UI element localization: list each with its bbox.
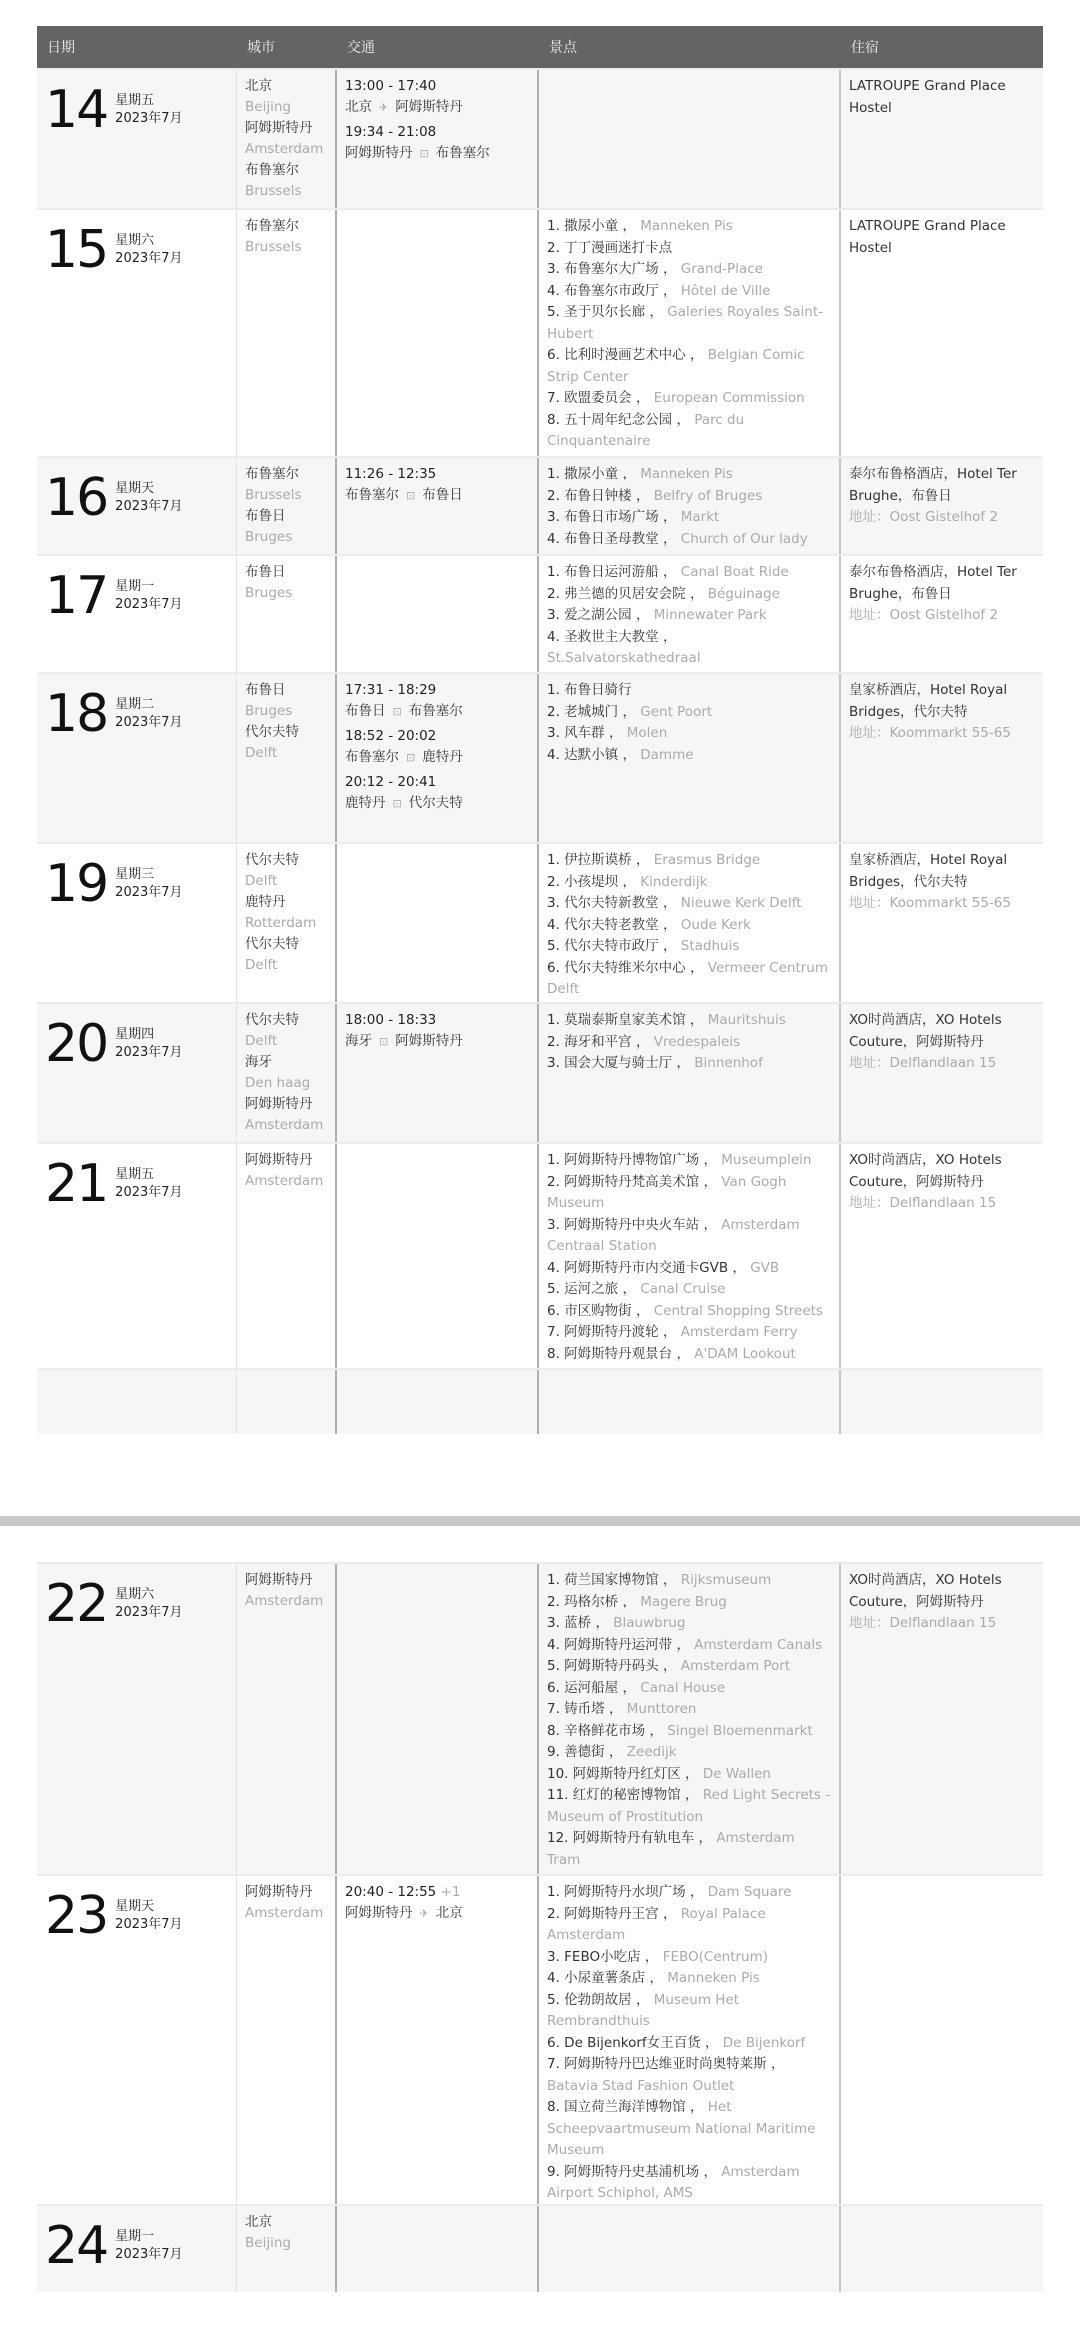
- sight-item: 5. 圣于贝尔长廊 ， Galeries Royales Saint-Huber…: [547, 302, 831, 345]
- sight-item: 4. 布鲁日圣母教堂 ， Church of Our lady: [547, 529, 831, 551]
- sight-item: 3. 阿姆斯特丹中央火车站 ， Amsterdam Centraal Stati…: [547, 1215, 831, 1258]
- sight-name-zh: 1. 莫瑞泰斯皇家美术馆 ，: [547, 1012, 703, 1028]
- month: 2023年7月: [115, 1044, 182, 1062]
- sight-name-zh: 4. 布鲁塞尔市政厅 ，: [547, 283, 676, 299]
- sight-item: 6. 比利时漫画艺术中心 ， Belgian Comic Strip Cente…: [547, 345, 831, 388]
- day-meta: 星期六2023年7月: [115, 232, 182, 268]
- train-icon: ⊡: [420, 147, 429, 160]
- hotel-cell: LATROUPE Grand Place Hostel: [841, 70, 1043, 208]
- route-from: 阿姆斯特丹: [345, 145, 413, 161]
- date-cell: 22星期六2023年7月: [37, 1564, 237, 1874]
- time-range: 18:52 - 20:02: [345, 728, 436, 744]
- sight-name-zh: 1. 布鲁日骑行: [547, 682, 632, 698]
- sight-name-zh: 5. 运河之旅 ，: [547, 1281, 636, 1297]
- city-cell: 代尔夫特Delft鹿特丹Rotterdam代尔夫特Delft: [237, 844, 337, 1002]
- sight-item: 4. 圣救世主大教堂 ， St.Salvatorskathedraal: [547, 627, 831, 670]
- sight-item: 2. 丁丁漫画迷打卡点: [547, 238, 831, 260]
- sight-name-zh: 1. 伊拉斯谟桥 ，: [547, 852, 649, 868]
- sight-name-zh: 7. 阿姆斯特丹巴达维亚时尚奥特莱斯 ，: [547, 2056, 784, 2072]
- date-block: 16星期天2023年7月: [45, 472, 228, 524]
- day-row: 18星期二2023年7月布鲁日Bruges代尔夫特Delft17:31 - 18…: [37, 672, 1043, 842]
- day-number: 16: [45, 472, 107, 524]
- sight-item: 7. 阿姆斯特丹巴达维亚时尚奥特莱斯 ， Batavia Stad Fashio…: [547, 2054, 831, 2097]
- city-name-zh: 阿姆斯特丹: [245, 1882, 327, 1903]
- date-cell: 21星期五2023年7月: [37, 1144, 237, 1368]
- sight-name-zh: 2. 布鲁日钟楼 ，: [547, 488, 649, 504]
- city-cell: 阿姆斯特丹Amsterdam: [237, 1144, 337, 1368]
- weekday: 星期四: [115, 1026, 182, 1044]
- sight-name-en: Binnenhof: [694, 1055, 763, 1071]
- sight-name-en: Oude Kerk: [681, 917, 751, 933]
- day-meta: 星期五2023年7月: [115, 1166, 182, 1202]
- sight-name-zh: 7. 欧盟委员会 ，: [547, 390, 649, 406]
- sights-cell: 1. 阿姆斯特丹博物馆广场 ， Museumplein2. 阿姆斯特丹梵高美术馆…: [539, 1144, 841, 1368]
- time-range: 17:31 - 18:29: [345, 682, 436, 698]
- date-cell: 19星期三2023年7月: [37, 844, 237, 1002]
- time-range: 19:34 - 21:08: [345, 124, 436, 140]
- day-number: 18: [45, 688, 107, 740]
- sight-item: 5. 代尔夫特市政厅 ， Stadhuis: [547, 936, 831, 958]
- sight-name-en: Mauritshuis: [708, 1012, 786, 1028]
- day-meta: 星期五2023年7月: [115, 92, 182, 128]
- sight-name-zh: 12. 阿姆斯特丹有轨电车 ，: [547, 1830, 712, 1846]
- city-cell: 北京Beijing: [237, 2206, 337, 2292]
- sight-item: 8. 辛格鲜花市场 ， Singel Bloemenmarkt: [547, 1721, 831, 1743]
- hotel-name: 泰尔布鲁格酒店，Hotel Ter Brughe，布鲁日: [849, 464, 1035, 507]
- sight-name-en: Blauwbrug: [613, 1615, 685, 1631]
- sight-name-zh: 4. 阿姆斯特丹市内交通卡GVB ，: [547, 1260, 746, 1276]
- date-cell: 24星期一2023年7月: [37, 2206, 237, 2292]
- day-row: 15星期六2023年7月布鲁塞尔Brussels1. 撒尿小童 ， Mannek…: [37, 208, 1043, 456]
- date-block: 18星期二2023年7月: [45, 688, 228, 740]
- sight-name-zh: 3. 布鲁塞尔大广场 ，: [547, 261, 676, 277]
- plane-icon: ✈: [379, 101, 388, 114]
- sight-name-en: Amsterdam Port: [681, 1658, 790, 1674]
- city-name-en: Amsterdam: [245, 1591, 327, 1612]
- date-cell: 17星期一2023年7月: [37, 556, 237, 672]
- day-meta: 星期一2023年7月: [115, 2228, 182, 2264]
- date-block: 17星期一2023年7月: [45, 570, 228, 622]
- sight-name-zh: 5. 代尔夫特市政厅 ，: [547, 938, 676, 954]
- hotel-cell: XO时尚酒店，XO Hotels Couture，阿姆斯特丹地址：Delflan…: [841, 1004, 1043, 1142]
- sight-name-zh: 1. 阿姆斯特丹水坝广场 ，: [547, 1884, 703, 1900]
- hotel-address: 地址：Delflandlaan 15: [849, 1193, 1035, 1215]
- date-block: 23星期天2023年7月: [45, 1890, 228, 1942]
- date-block: 24星期一2023年7月: [45, 2220, 228, 2272]
- sight-item: 11. 红灯的秘密博物馆 ， Red Light Secrets - Museu…: [547, 1785, 831, 1828]
- city-name-en: Bruges: [245, 701, 327, 722]
- city-name-zh: 鹿特丹: [245, 892, 327, 913]
- sight-name-en: St.Salvatorskathedraal: [547, 650, 701, 666]
- city-name-en: Amsterdam: [245, 1115, 327, 1136]
- hotel-address: 地址：Oost Gistelhof 2: [849, 507, 1035, 529]
- day-meta: 星期六2023年7月: [115, 1586, 182, 1622]
- sight-name-en: Molen: [627, 725, 668, 741]
- train-icon: ⊡: [393, 705, 402, 718]
- sight-name-zh: 3. 阿姆斯特丹中央火车站 ，: [547, 1217, 717, 1233]
- date-cell: 14星期五2023年7月: [37, 70, 237, 208]
- sight-name-zh: 3. 国会大厦与骑士厅 ，: [547, 1055, 690, 1071]
- hotel-cell: 泰尔布鲁格酒店，Hotel Ter Brughe，布鲁日地址：Oost Gist…: [841, 458, 1043, 554]
- sight-item: 7. 欧盟委员会 ， European Commission: [547, 388, 831, 410]
- hotel-address: 地址：Koommarkt 55-65: [849, 893, 1035, 915]
- month: 2023年7月: [115, 498, 182, 516]
- sight-name-en: Amsterdam Ferry: [681, 1324, 798, 1340]
- hotel-name: 皇家桥酒店，Hotel Royal Bridges，代尔夫特: [849, 680, 1035, 723]
- header-transport: 交通: [337, 26, 539, 68]
- weekday: 星期三: [115, 866, 182, 884]
- day-number: 17: [45, 570, 107, 622]
- date-block: 20星期四2023年7月: [45, 1018, 228, 1070]
- plane-icon: ✈: [420, 1907, 429, 1920]
- sights-cell: 1. 布鲁日骑行2. 老城城门 ， Gent Poort3. 风车群 ， Mol…: [539, 674, 841, 842]
- transport-cell: [337, 1564, 539, 1874]
- city-name-en: Rotterdam: [245, 913, 327, 934]
- transport-cell: 20:40 - 12:55 +1阿姆斯特丹✈北京: [337, 1876, 539, 2204]
- header-sights: 景点: [539, 26, 841, 68]
- day-row: 23星期天2023年7月阿姆斯特丹Amsterdam20:40 - 12:55 …: [37, 1874, 1043, 2204]
- sight-name-zh: 5. 伦勃朗故居 ，: [547, 1992, 649, 2008]
- route-to: 布鲁塞尔: [436, 145, 490, 161]
- city-name-zh: 代尔夫特: [245, 934, 327, 955]
- sight-name-en: FEBO(Centrum): [663, 1949, 768, 1965]
- sight-name-zh: 4. 代尔夫特老教堂 ，: [547, 917, 676, 933]
- date-cell: 16星期天2023年7月: [37, 458, 237, 554]
- sight-name-en: Béguinage: [708, 586, 780, 602]
- date-block: 15星期六2023年7月: [45, 224, 228, 276]
- city-name-en: Brussels: [245, 237, 327, 258]
- hotel-cell: 皇家桥酒店，Hotel Royal Bridges，代尔夫特地址：Koommar…: [841, 844, 1043, 1002]
- table-header: 日期 城市 交通 景点 住宿: [37, 26, 1043, 68]
- sight-name-zh: 2. 小孩堤坝 ，: [547, 874, 636, 890]
- day-number: 21: [45, 1158, 107, 1210]
- hotel-address: 地址：Koommarkt 55-65: [849, 723, 1035, 745]
- route-from: 布鲁塞尔: [345, 487, 399, 503]
- sight-name-zh: 3. 代尔夫特新教堂 ，: [547, 895, 676, 911]
- sight-name-en: Batavia Stad Fashion Outlet: [547, 2078, 734, 2094]
- weekday: 星期五: [115, 92, 182, 110]
- sight-item: 1. 莫瑞泰斯皇家美术馆 ， Mauritshuis: [547, 1010, 831, 1032]
- sight-item: 6. 运河船屋 ， Canal House: [547, 1678, 831, 1700]
- route-from: 布鲁日: [345, 703, 386, 719]
- sight-name-en: Dam Square: [708, 1884, 792, 1900]
- sight-name-en: Hôtel de Ville: [681, 283, 771, 299]
- city-name-en: Delft: [245, 955, 327, 976]
- sight-name-zh: 2. 海牙和平宫 ，: [547, 1034, 649, 1050]
- weekday: 星期天: [115, 1898, 182, 1916]
- day-row: 20星期四2023年7月代尔夫特Delft海牙Den haag阿姆斯特丹Amst…: [37, 1002, 1043, 1142]
- sight-name-en: Amsterdam Canals: [694, 1637, 822, 1653]
- train-icon: ⊡: [406, 489, 415, 502]
- month: 2023年7月: [115, 110, 182, 128]
- city-cell: 布鲁塞尔Brussels: [237, 210, 337, 456]
- hotel-address: 地址：Delflandlaan 15: [849, 1613, 1035, 1635]
- city-name-en: Brussels: [245, 181, 327, 202]
- day-number: 20: [45, 1018, 107, 1070]
- sight-item: 6. De Bijenkorf女王百货 ， De Bijenkorf: [547, 2033, 831, 2055]
- sight-name-zh: 4. 圣救世主大教堂 ，: [547, 629, 676, 645]
- sight-name-zh: 1. 阿姆斯特丹博物馆广场 ，: [547, 1152, 717, 1168]
- city-name-zh: 布鲁塞尔: [245, 464, 327, 485]
- header-city: 城市: [237, 26, 337, 68]
- city-name-en: Beijing: [245, 2233, 327, 2254]
- date-block: 14星期五2023年7月: [45, 84, 228, 136]
- sight-name-zh: 3. FEBO小吃店 ，: [547, 1949, 658, 1965]
- sight-name-en: Singel Bloemenmarkt: [667, 1723, 812, 1739]
- weekday: 星期一: [115, 2228, 182, 2246]
- city-name-zh: 阿姆斯特丹: [245, 1150, 327, 1171]
- route-to: 代尔夫特: [409, 795, 463, 811]
- sight-item: 1. 布鲁日骑行: [547, 680, 831, 702]
- city-name-zh: 布鲁塞尔: [245, 216, 327, 237]
- day-number: 24: [45, 2220, 107, 2272]
- sight-name-zh: 8. 阿姆斯特丹观景台 ，: [547, 1346, 690, 1362]
- hotel-name: XO时尚酒店，XO Hotels Couture，阿姆斯特丹: [849, 1010, 1035, 1053]
- time-range: 18:00 - 18:33: [345, 1012, 436, 1028]
- sight-name-zh: 4. 达默小镇 ，: [547, 747, 636, 763]
- day-row: 21星期五2023年7月阿姆斯特丹Amsterdam1. 阿姆斯特丹博物馆广场 …: [37, 1142, 1043, 1368]
- transport-route: 北京✈阿姆斯特丹: [345, 97, 529, 118]
- sight-item: 10. 阿姆斯特丹红灯区 ， De Wallen: [547, 1764, 831, 1786]
- sight-name-en: Munttoren: [627, 1701, 697, 1717]
- day-meta: 星期三2023年7月: [115, 866, 182, 902]
- sight-item: 3. 代尔夫特新教堂 ， Nieuwe Kerk Delft: [547, 893, 831, 915]
- sight-name-en: Minnewater Park: [654, 607, 767, 623]
- weekday: 星期一: [115, 578, 182, 596]
- sight-item: 7. 阿姆斯特丹渡轮 ， Amsterdam Ferry: [547, 1322, 831, 1344]
- sight-item: 2. 弗兰德的贝居安会院 ， Béguinage: [547, 584, 831, 606]
- sight-item: 2. 老城城门 ， Gent Poort: [547, 702, 831, 724]
- city-cell: 北京Beijing阿姆斯特丹Amsterdam布鲁塞尔Brussels: [237, 70, 337, 208]
- sight-name-en: Manneken Pis: [667, 1970, 759, 1986]
- sight-item: 8. 阿姆斯特丹观景台 ， A'DAM Lookout: [547, 1344, 831, 1366]
- transport-cell: [337, 2206, 539, 2292]
- sight-item: 2. 小孩堤坝 ， Kinderdijk: [547, 872, 831, 894]
- sight-name-zh: 1. 荷兰国家博物馆 ，: [547, 1572, 676, 1588]
- sight-name-en: Markt: [681, 509, 720, 525]
- city-name-en: Brussels: [245, 485, 327, 506]
- city-name-zh: 海牙: [245, 1052, 327, 1073]
- page-divider: [0, 1516, 1080, 1526]
- next-day-badge: +1: [441, 1884, 461, 1900]
- sight-item: 1. 布鲁日运河游船 ， Canal Boat Ride: [547, 562, 831, 584]
- sight-name-zh: 6. De Bijenkorf女王百货 ，: [547, 2035, 718, 2051]
- city-cell: 阿姆斯特丹Amsterdam: [237, 1564, 337, 1874]
- city-name-en: Delft: [245, 743, 327, 764]
- hotel-name: LATROUPE Grand Place Hostel: [849, 216, 1035, 259]
- sight-name-zh: 8. 国立荷兰海洋博物馆 ，: [547, 2099, 703, 2115]
- sight-name-en: Museumplein: [721, 1152, 811, 1168]
- transport-cell: [337, 556, 539, 672]
- sight-item: 4. 代尔夫特老教堂 ， Oude Kerk: [547, 915, 831, 937]
- route-from: 阿姆斯特丹: [345, 1905, 413, 1921]
- transport-route: 布鲁塞尔⊡鹿特丹: [345, 747, 529, 768]
- sight-name-en: Vredespaleis: [654, 1034, 740, 1050]
- sight-name-en: Belfry of Bruges: [654, 488, 762, 504]
- day-row: 19星期三2023年7月代尔夫特Delft鹿特丹Rotterdam代尔夫特Del…: [37, 842, 1043, 1002]
- sight-name-zh: 1. 布鲁日运河游船 ，: [547, 564, 676, 580]
- sight-name-zh: 9. 阿姆斯特丹史基浦机场 ，: [547, 2164, 717, 2180]
- route-to: 阿姆斯特丹: [395, 99, 463, 115]
- sight-item: 4. 阿姆斯特丹市内交通卡GVB ， GVB: [547, 1258, 831, 1280]
- route-to: 布鲁日: [422, 487, 463, 503]
- city-cell: 阿姆斯特丹Amsterdam: [237, 1876, 337, 2204]
- sight-item: 5. 伦勃朗故居 ， Museum Het Rembrandthuis: [547, 1990, 831, 2033]
- route-from: 鹿特丹: [345, 795, 386, 811]
- day-row: 24星期一2023年7月北京Beijing: [37, 2204, 1043, 2292]
- sight-name-en: Canal Cruise: [640, 1281, 725, 1297]
- city-name-en: Amsterdam: [245, 1171, 327, 1192]
- month: 2023年7月: [115, 250, 182, 268]
- time-range: 11:26 - 12:35: [345, 466, 436, 482]
- sight-name-zh: 9. 善德街 ，: [547, 1744, 622, 1760]
- transport-cell: [337, 1144, 539, 1368]
- day-meta: 星期天2023年7月: [115, 480, 182, 516]
- transport-cell: 18:00 - 18:33海牙⊡阿姆斯特丹: [337, 1004, 539, 1142]
- day-meta: 星期二2023年7月: [115, 696, 182, 732]
- header-date: 日期: [37, 26, 237, 68]
- sight-name-en: European Commission: [654, 390, 805, 406]
- sight-name-zh: 6. 运河船屋 ，: [547, 1680, 636, 1696]
- hotel-name: XO时尚酒店，XO Hotels Couture，阿姆斯特丹: [849, 1570, 1035, 1613]
- weekday: 星期天: [115, 480, 182, 498]
- transport-route: 海牙⊡阿姆斯特丹: [345, 1031, 529, 1052]
- sight-item: 12. 阿姆斯特丹有轨电车 ， Amsterdam Tram: [547, 1828, 831, 1871]
- sight-item: 5. 运河之旅 ， Canal Cruise: [547, 1279, 831, 1301]
- route-from: 北京: [345, 99, 372, 115]
- sight-name-zh: 5. 阿姆斯特丹码头 ，: [547, 1658, 676, 1674]
- sight-item: 1. 阿姆斯特丹博物馆广场 ， Museumplein: [547, 1150, 831, 1172]
- sight-name-en: Church of Our lady: [681, 531, 808, 547]
- sight-name-en: Damme: [640, 747, 693, 763]
- route-to: 北京: [436, 1905, 463, 1921]
- sight-name-en: Erasmus Bridge: [654, 852, 760, 868]
- transport-time: 19:34 - 21:08: [345, 122, 529, 143]
- month: 2023年7月: [115, 596, 182, 614]
- city-name-en: Beijing: [245, 97, 327, 118]
- city-name-zh: 布鲁日: [245, 506, 327, 527]
- sights-cell: 1. 伊拉斯谟桥 ， Erasmus Bridge2. 小孩堤坝 ， Kinde…: [539, 844, 841, 1002]
- sight-item: 1. 撒尿小童 ， Manneken Pis: [547, 464, 831, 486]
- sight-item: 3. 风车群 ， Molen: [547, 723, 831, 745]
- transport-route: 阿姆斯特丹✈北京: [345, 1903, 529, 1924]
- transport-time: 20:40 - 12:55 +1: [345, 1882, 529, 1903]
- route-from: 布鲁塞尔: [345, 749, 399, 765]
- month: 2023年7月: [115, 2246, 182, 2264]
- sight-name-en: Canal House: [640, 1680, 725, 1696]
- city-name-zh: 阿姆斯特丹: [245, 1570, 327, 1591]
- sight-item: 4. 阿姆斯特丹运河带 ， Amsterdam Canals: [547, 1635, 831, 1657]
- sight-item: 5. 阿姆斯特丹码头 ， Amsterdam Port: [547, 1656, 831, 1678]
- sight-item: 4. 达默小镇 ， Damme: [547, 745, 831, 767]
- date-cell: 15星期六2023年7月: [37, 210, 237, 456]
- train-icon: ⊡: [379, 1035, 388, 1048]
- sight-name-zh: 7. 阿姆斯特丹渡轮 ，: [547, 1324, 676, 1340]
- sight-item: 9. 善德街 ， Zeedijk: [547, 1742, 831, 1764]
- sight-name-en: De Bijenkorf: [723, 2035, 806, 2051]
- sights-cell: [539, 70, 841, 208]
- hotel-cell: 泰尔布鲁格酒店，Hotel Ter Brughe，布鲁日地址：Oost Gist…: [841, 556, 1043, 672]
- hotel-address: 地址：Delflandlaan 15: [849, 1053, 1035, 1075]
- hotel-cell: [841, 1876, 1043, 2204]
- route-to: 阿姆斯特丹: [395, 1033, 463, 1049]
- sight-item: 2. 阿姆斯特丹王宫 ， Royal Palace Amsterdam: [547, 1904, 831, 1947]
- sight-name-en: Manneken Pis: [640, 218, 732, 234]
- sight-name-en: Kinderdijk: [640, 874, 707, 890]
- sight-name-zh: 7. 铸币塔 ，: [547, 1701, 622, 1717]
- hotel-name: XO时尚酒店，XO Hotels Couture，阿姆斯特丹: [849, 1150, 1035, 1193]
- transport-cell: 11:26 - 12:35布鲁塞尔⊡布鲁日: [337, 458, 539, 554]
- train-icon: ⊡: [393, 797, 402, 810]
- sight-item: 3. FEBO小吃店 ， FEBO(Centrum): [547, 1947, 831, 1969]
- transport-time: 13:00 - 17:40: [345, 76, 529, 97]
- hotel-cell: XO时尚酒店，XO Hotels Couture，阿姆斯特丹地址：Delflan…: [841, 1564, 1043, 1874]
- sight-item: 6. 市区购物街 ， Central Shopping Streets: [547, 1301, 831, 1323]
- day-meta: 星期四2023年7月: [115, 1026, 182, 1062]
- transport-route: 布鲁塞尔⊡布鲁日: [345, 485, 529, 506]
- hotel-cell: XO时尚酒店，XO Hotels Couture，阿姆斯特丹地址：Delflan…: [841, 1144, 1043, 1368]
- transport-route: 布鲁日⊡布鲁塞尔: [345, 701, 529, 722]
- sight-name-en: Canal Boat Ride: [681, 564, 789, 580]
- hotel-address: 地址：Oost Gistelhof 2: [849, 605, 1035, 627]
- sight-item: 3. 蓝桥 ， Blauwbrug: [547, 1613, 831, 1635]
- sight-name-en: Stadhuis: [681, 938, 740, 954]
- route-to: 鹿特丹: [422, 749, 463, 765]
- city-name-zh: 代尔夫特: [245, 850, 327, 871]
- sights-cell: 1. 撒尿小童 ， Manneken Pis2. 布鲁日钟楼 ， Belfry …: [539, 458, 841, 554]
- sights-cell: 1. 荷兰国家博物馆 ， Rijksmuseum2. 玛格尔桥 ， Magere…: [539, 1564, 841, 1874]
- sights-cell: 1. 莫瑞泰斯皇家美术馆 ， Mauritshuis2. 海牙和平宫 ， Vre…: [539, 1004, 841, 1142]
- empty-row: [37, 1368, 1043, 1434]
- hotel-cell: 皇家桥酒店，Hotel Royal Bridges，代尔夫特地址：Koommar…: [841, 674, 1043, 842]
- sight-item: 1. 荷兰国家博物馆 ， Rijksmuseum: [547, 1570, 831, 1592]
- transport-cell: 17:31 - 18:29布鲁日⊡布鲁塞尔18:52 - 20:02布鲁塞尔⊡鹿…: [337, 674, 539, 842]
- day-number: 15: [45, 224, 107, 276]
- city-cell: 代尔夫特Delft海牙Den haag阿姆斯特丹Amsterdam: [237, 1004, 337, 1142]
- day-row: 17星期一2023年7月布鲁日Bruges1. 布鲁日运河游船 ， Canal …: [37, 554, 1043, 672]
- sight-item: 8. 国立荷兰海洋博物馆 ， Het Scheepvaartmuseum Nat…: [547, 2097, 831, 2162]
- sight-name-zh: 3. 风车群 ，: [547, 725, 622, 741]
- header-hotel: 住宿: [841, 26, 1043, 68]
- sight-name-zh: 3. 布鲁日市场广场 ，: [547, 509, 676, 525]
- sight-item: 2. 阿姆斯特丹梵高美术馆 ， Van Gogh Museum: [547, 1172, 831, 1215]
- city-name-zh: 代尔夫特: [245, 1010, 327, 1031]
- city-name-zh: 北京: [245, 2212, 327, 2233]
- weekday: 星期二: [115, 696, 182, 714]
- hotel-name: 皇家桥酒店，Hotel Royal Bridges，代尔夫特: [849, 850, 1035, 893]
- city-name-en: Amsterdam: [245, 139, 327, 160]
- itinerary-table-page-2: 22星期六2023年7月阿姆斯特丹Amsterdam1. 荷兰国家博物馆 ， R…: [37, 1562, 1043, 2292]
- city-name-zh: 布鲁日: [245, 680, 327, 701]
- sight-item: 1. 撒尿小童 ， Manneken Pis: [547, 216, 831, 238]
- day-number: 23: [45, 1890, 107, 1942]
- sight-item: 3. 爱之湖公园 ， Minnewater Park: [547, 605, 831, 627]
- time-range: 13:00 - 17:40: [345, 78, 436, 94]
- month: 2023年7月: [115, 1916, 182, 1934]
- sight-item: 6. 代尔夫特维米尔中心 ， Vermeer Centrum Delft: [547, 958, 831, 1001]
- month: 2023年7月: [115, 714, 182, 732]
- sight-name-en: Manneken Pis: [640, 466, 732, 482]
- sight-item: 1. 阿姆斯特丹水坝广场 ， Dam Square: [547, 1882, 831, 1904]
- sight-name-en: Grand-Place: [681, 261, 763, 277]
- city-name-zh: 布鲁塞尔: [245, 160, 327, 181]
- train-icon: ⊡: [406, 751, 415, 764]
- date-block: 19星期三2023年7月: [45, 858, 228, 910]
- sight-name-en: Gent Poort: [640, 704, 712, 720]
- date-block: 22星期六2023年7月: [45, 1578, 228, 1630]
- sight-name-en: Magere Brug: [640, 1594, 727, 1610]
- city-cell: 布鲁日Bruges: [237, 556, 337, 672]
